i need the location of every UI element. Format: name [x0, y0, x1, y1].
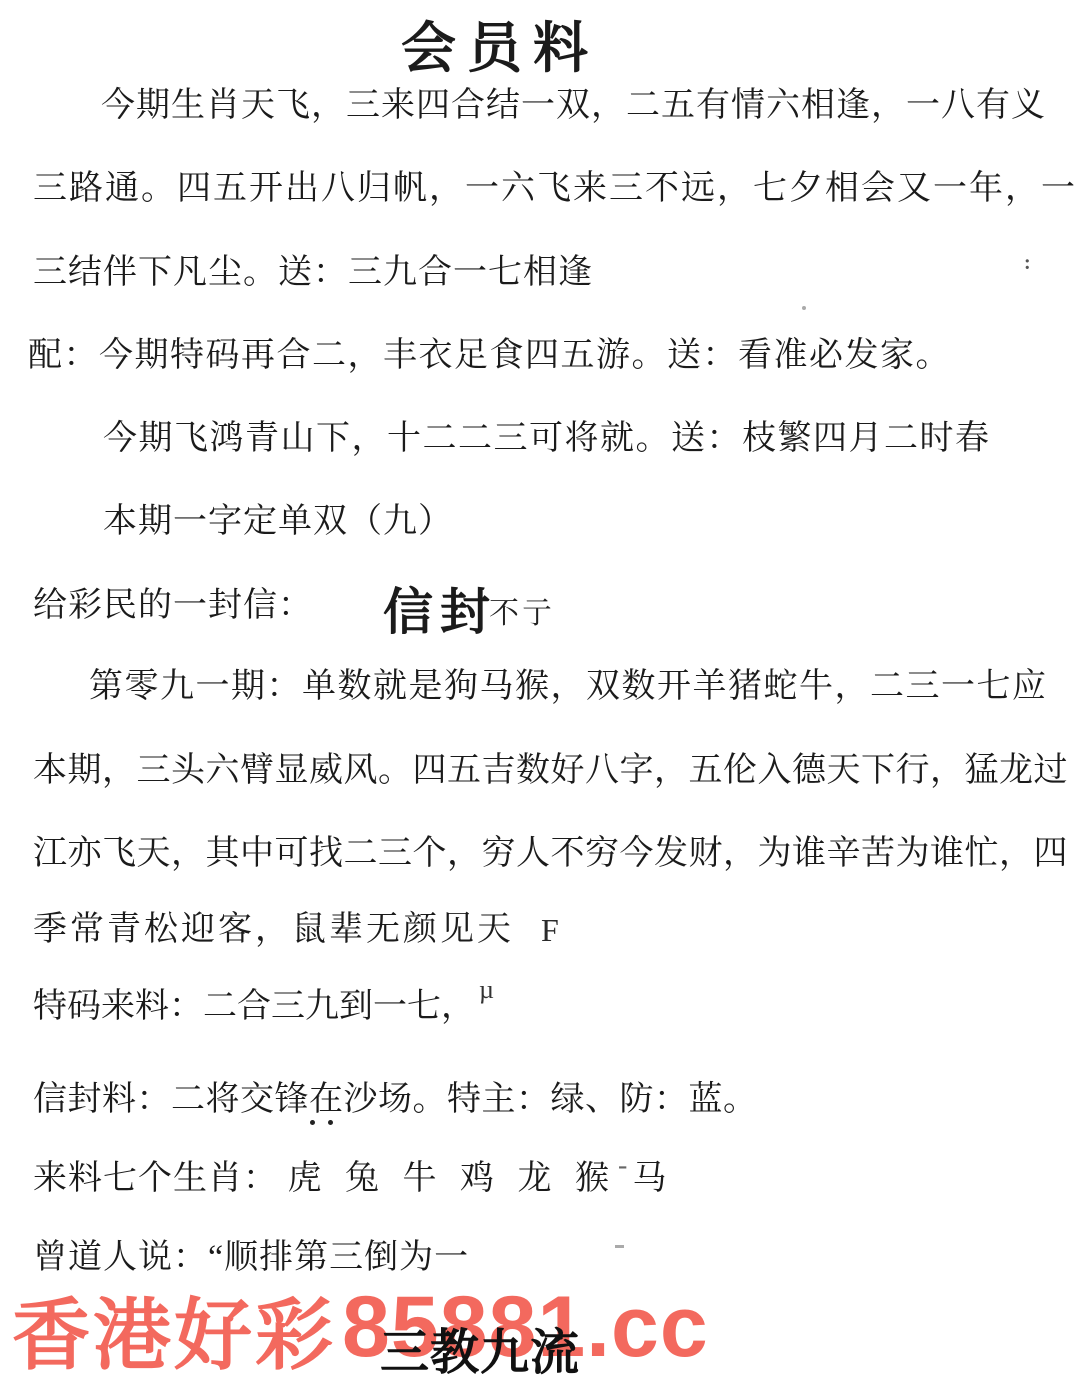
- stray-dash-mark: -: [618, 1150, 627, 1182]
- para1-line1: 今期生肖天飞，三来四合结一双，二五有情六相逢，一八有义: [101, 87, 1046, 124]
- para2-line2: 本期，三头六臂显威风。四五吉数好八字，五伦入德天下行，猛龙过: [33, 752, 1068, 789]
- letter-heading: 信封: [383, 572, 497, 644]
- para2-line3: 江亦飞天，其中可找二三个，穷人不穷今发财，为谁辛苦为谁忙，四: [33, 835, 1068, 872]
- emphasis-dot: [328, 1120, 333, 1125]
- line-zengdao: 曾道人说：“顺排第三倒为一: [33, 1239, 469, 1276]
- zodiac-item: 猴: [575, 1160, 610, 1197]
- para2-line1: 第零九一期：单数就是狗马猴，双数开羊猪蛇牛，二三一七应: [89, 668, 1048, 705]
- letter-heading-partial: 不亍: [489, 588, 555, 632]
- line-xinfeng: 信封料：二将交锋在沙场。特主：绿、防：蓝。: [33, 1081, 758, 1118]
- line-feihong: 今期飞鸿青山下，十二二三可将就。送：枝繁四月二时春: [103, 420, 991, 457]
- partial-glyph-mark: F: [541, 912, 559, 949]
- zodiac-item: 鸡: [460, 1160, 495, 1197]
- para1-line3: 三结伴下凡尘。送：三九合一七相逢: [33, 254, 593, 291]
- scanned-tip-sheet: 会员料 今期生肖天飞，三来四合结一双，二五有情六相逢，一八有义 三路通。四五开出…: [0, 0, 1081, 1388]
- line-yiziding: 本期一字定单双（九）: [103, 503, 453, 540]
- zodiac-item: 兔: [345, 1160, 380, 1197]
- zodiac-item: 虎: [288, 1160, 323, 1197]
- stray-colon-mark: :: [1024, 252, 1031, 275]
- scan-speck: [615, 1245, 624, 1248]
- zodiac-item: 龙: [518, 1160, 553, 1197]
- line-pei: 配：今期特码再合二，丰衣足食四五游。送：看准必发家。: [28, 337, 951, 374]
- page-title: 会员料: [401, 4, 599, 83]
- para2-line4: 季常青松迎客，鼠辈无颜见天: [33, 911, 514, 948]
- mu-stroke-mark: µ: [479, 975, 494, 1005]
- watermark-overlay-text: 三教九流: [380, 1314, 580, 1384]
- shengxiao-label: 来料七个生肖：: [33, 1160, 278, 1197]
- zodiac-item: 马: [633, 1160, 668, 1197]
- emphasis-dot: [310, 1120, 315, 1125]
- letter-label: 给彩民的一封信：: [33, 587, 313, 624]
- line-shengxiao: 来料七个生肖： 虎 兔 牛 鸡 龙 猴 马: [33, 1160, 681, 1197]
- para1-line2: 三路通。四五开出八归帆，一六飞来三不远，七夕相会又一年，一: [33, 170, 1077, 207]
- zodiac-item: 牛: [403, 1160, 438, 1197]
- line-tema: 特码来料：二合三九到一七，: [33, 988, 475, 1025]
- watermark-brand: 香港好彩: [12, 1296, 336, 1374]
- scan-speck: [802, 306, 806, 310]
